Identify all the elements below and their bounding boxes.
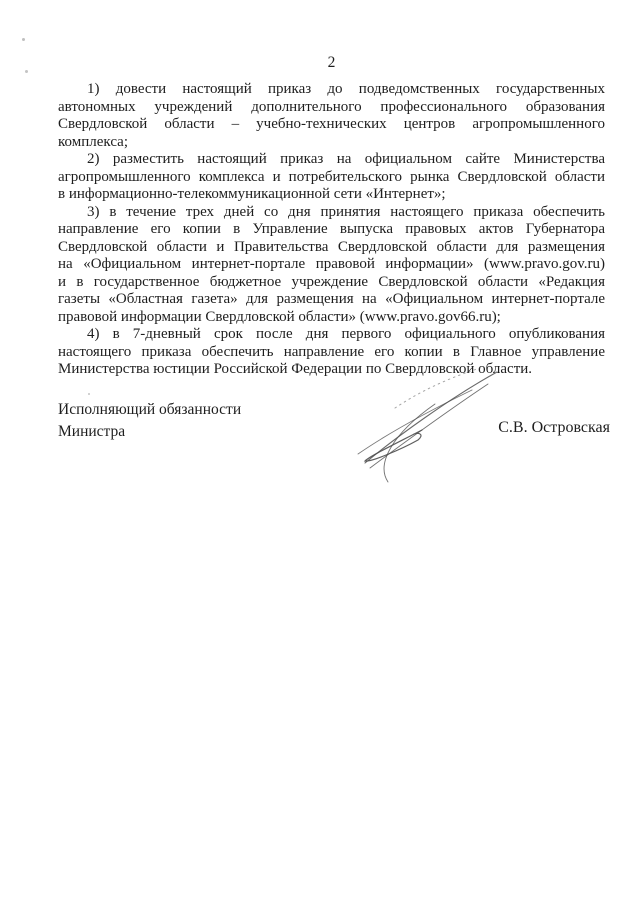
text-line: автономных учреждений дополнительного пр… — [58, 99, 605, 117]
text-line: 4) в 7-дневный срок после дня первого оф… — [58, 326, 605, 344]
page-number: 2 — [58, 54, 605, 72]
paragraph-item-2: 2) разместить настоящий приказ на официа… — [58, 151, 605, 204]
text-line: и в государственное бюджетное учреждение… — [58, 274, 605, 292]
text-line: на «Официальном интернет-портале правово… — [58, 256, 605, 274]
signature-position-line1: Исполняющий обязанности — [58, 399, 241, 421]
handwritten-signature-icon — [338, 358, 510, 486]
scan-speck — [25, 70, 28, 73]
document-body: 1) довести настоящий приказ до подведомс… — [58, 81, 605, 379]
document-page: 2 1) довести настоящий приказ до подведо… — [0, 0, 640, 905]
text-line: в информационно-телекоммуникационной сет… — [58, 186, 605, 204]
text-line: 3) в течение трех дней со дня принятия н… — [58, 204, 605, 222]
paragraph-item-1: 1) довести настоящий приказ до подведомс… — [58, 81, 605, 151]
text-line: 1) довести настоящий приказ до подведомс… — [58, 81, 605, 99]
text-line: Свердловской области – учебно-технически… — [58, 116, 605, 134]
signature-position-title: Исполняющий обязанности Министра — [58, 399, 241, 443]
text-line: правовой информации Свердловской области… — [58, 309, 605, 327]
text-line: направление его копии в Управление выпус… — [58, 221, 605, 239]
text-line: газеты «Областная газета» для размещения… — [58, 291, 605, 309]
signature-name: С.В. Островская — [498, 418, 610, 438]
paragraph-item-4: 4) в 7-дневный срок после дня первого оф… — [58, 326, 605, 379]
scan-speck — [22, 38, 25, 41]
text-line: агропромышленного комплекса и потребител… — [58, 169, 605, 187]
text-line: Министерства юстиции Российской Федераци… — [58, 361, 605, 379]
scan-speck — [88, 393, 90, 395]
text-line: настоящего приказа обеспечить направлени… — [58, 344, 605, 362]
text-line: 2) разместить настоящий приказ на официа… — [58, 151, 605, 169]
text-line: комплекса; — [58, 134, 605, 152]
signature-position-line2: Министра — [58, 421, 241, 443]
paragraph-item-3: 3) в течение трех дней со дня принятия н… — [58, 204, 605, 327]
text-line: Свердловской области и Правительства Све… — [58, 239, 605, 257]
